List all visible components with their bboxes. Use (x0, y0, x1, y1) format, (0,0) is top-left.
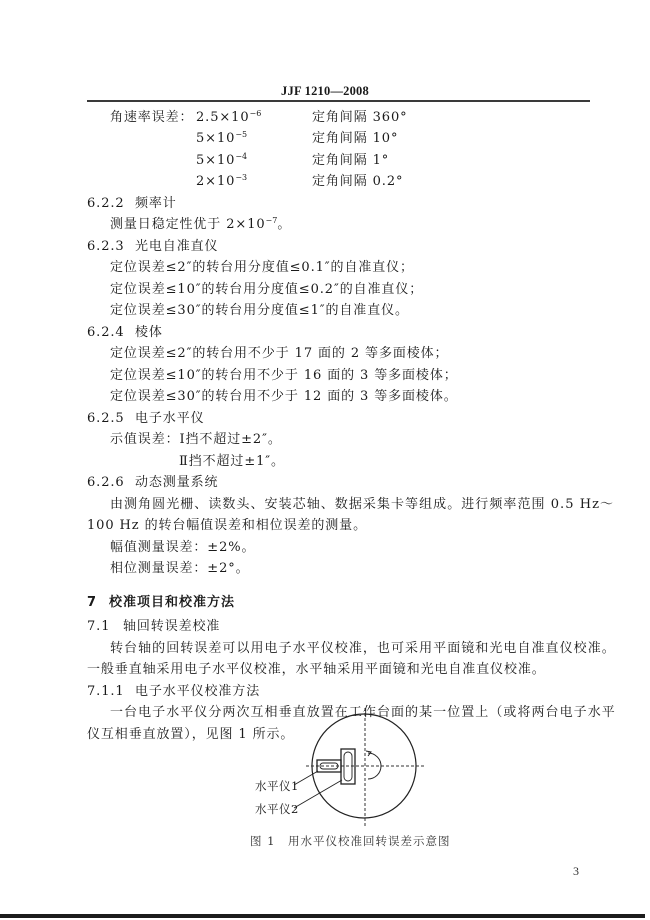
page-number: 3 (573, 864, 579, 879)
scan-edge-line (0, 914, 645, 918)
figure-1-caption: 图 1 用水平仪校准回转误差示意图 (250, 833, 450, 849)
rotation-arrow-icon (368, 753, 381, 779)
level-2-label: 水平仪2 (255, 801, 299, 817)
figure-1-diagram (0, 0, 650, 920)
leader-line-level-2 (294, 780, 342, 808)
level-1-label: 水平仪1 (255, 778, 299, 794)
